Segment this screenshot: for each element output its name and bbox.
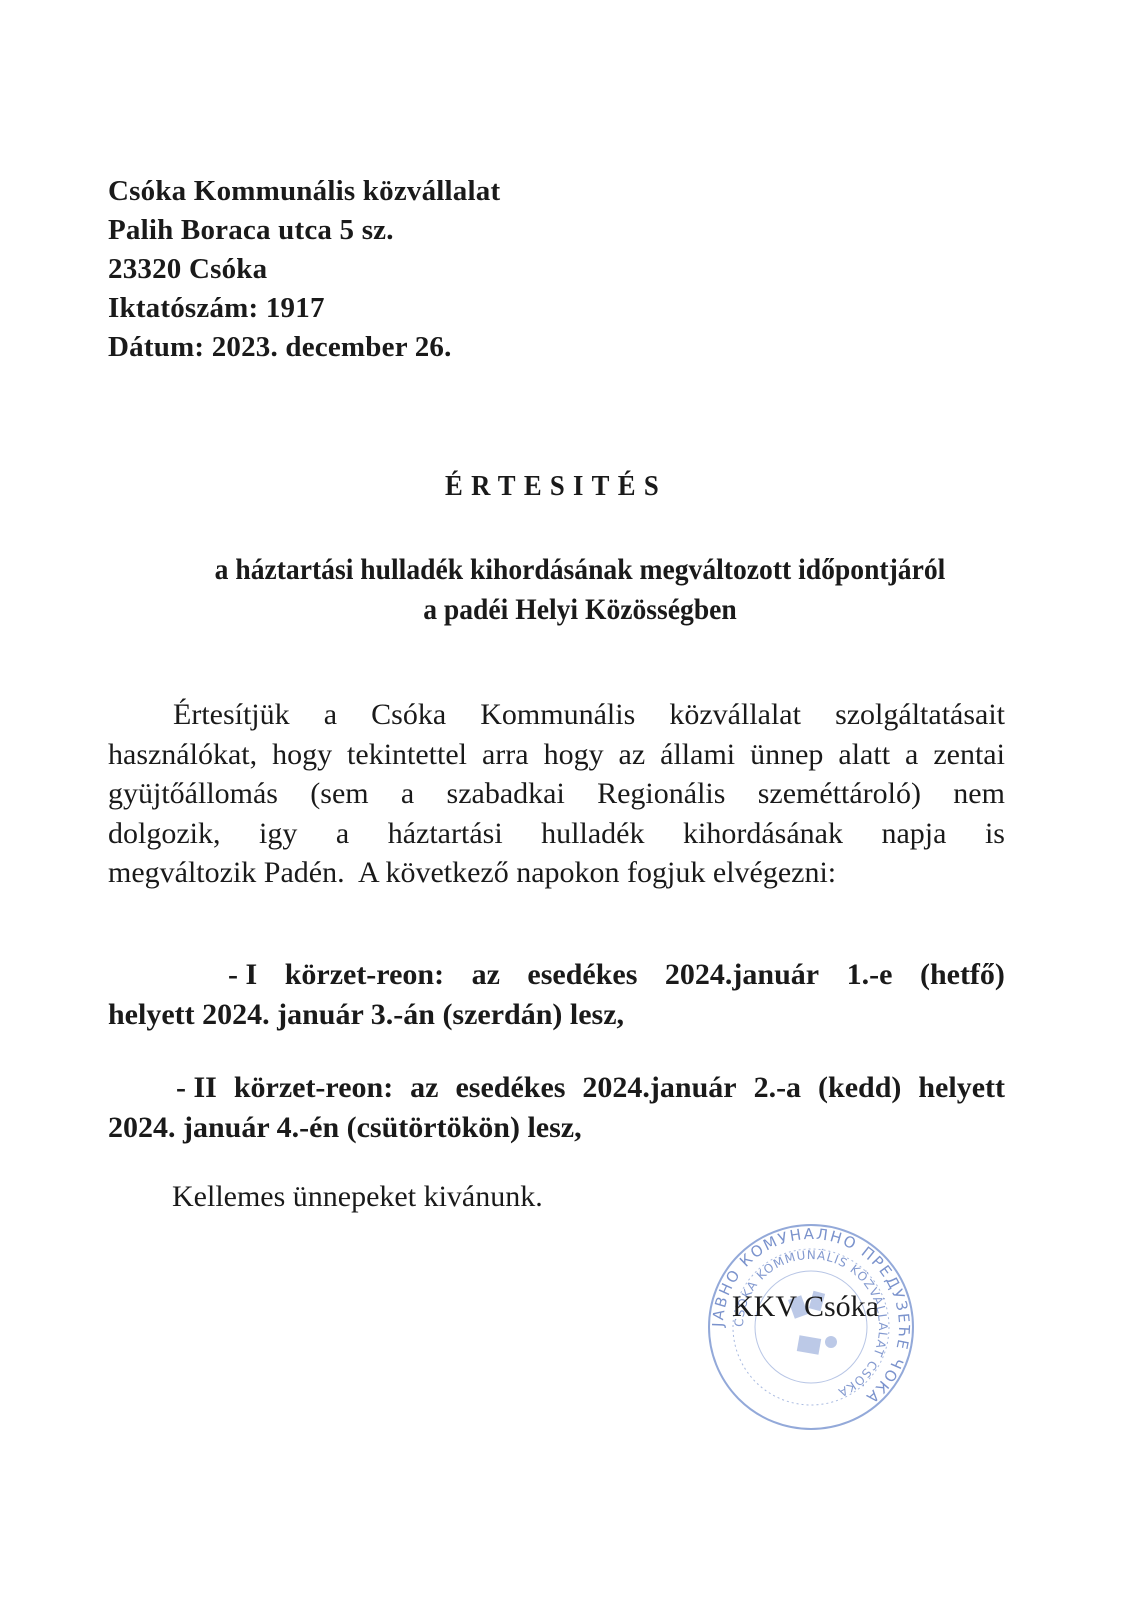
street-address: Palih Boraca utca 5 sz. bbox=[108, 211, 500, 250]
document-subtitle: a háztartási hulladék kihordásának megvá… bbox=[100, 550, 1060, 630]
body-line: megváltozik Padén. A következő napokon f… bbox=[108, 853, 1005, 893]
body-line: ÉrtesítjükaCsókaKommunálisközvállalatszo… bbox=[108, 695, 1005, 735]
body-line: használókat,hogytekintettelarrahogyazáll… bbox=[108, 735, 1005, 775]
schedule-line-1: - IIkörzet-reon:azesedékes2024.január2.-… bbox=[108, 1068, 1005, 1108]
subtitle-line-2: a padéi Helyi Közösségben bbox=[138, 590, 1021, 630]
schedule-line-1: - Ikörzet-reon:azesedékes2024.január1.-e… bbox=[108, 955, 1005, 995]
city: 23320 Csóka bbox=[108, 250, 500, 289]
signature: KKV Csóka bbox=[732, 1290, 879, 1324]
body-paragraph: ÉrtesítjükaCsókaKommunálisközvállalatszo… bbox=[108, 695, 1005, 893]
schedule-line-2: 2024. január 4.-én (csütörtökön) lesz, bbox=[108, 1108, 1005, 1148]
body-line: gyüjtőállomás(semaszabadkaiRegionálissze… bbox=[108, 774, 1005, 814]
company-name: Csóka Kommunális közvállalat bbox=[108, 172, 500, 211]
closing-greeting: Kellemes ünnepeket kivánunk. bbox=[172, 1180, 543, 1214]
subtitle-line-1: a háztartási hulladék kihordásának megvá… bbox=[138, 550, 1021, 590]
schedule-item-district-2: - IIkörzet-reon:azesedékes2024.január2.-… bbox=[108, 1068, 1005, 1148]
schedule-line-2: helyett 2024. január 3.-án (szerdán) les… bbox=[108, 995, 1005, 1035]
schedule-item-district-1: - Ikörzet-reon:azesedékes2024.január1.-e… bbox=[108, 955, 1005, 1035]
sender-address-block: Csóka Kommunális közvállalat Palih Borac… bbox=[108, 172, 500, 367]
official-stamp-icon: ЈАВНО КОМУНАЛНО ПРЕДУЗЕЋЕ ЧОКА CSÓKA KOM… bbox=[706, 1222, 916, 1432]
document-title: ÉRTESITÉS bbox=[44, 470, 1067, 503]
body-line: dolgozik,igyaháztartásihulladékkihordásá… bbox=[108, 814, 1005, 854]
registry-number: Iktatószám: 1917 bbox=[108, 289, 500, 328]
document-date: Dátum: 2023. december 26. bbox=[108, 328, 500, 367]
